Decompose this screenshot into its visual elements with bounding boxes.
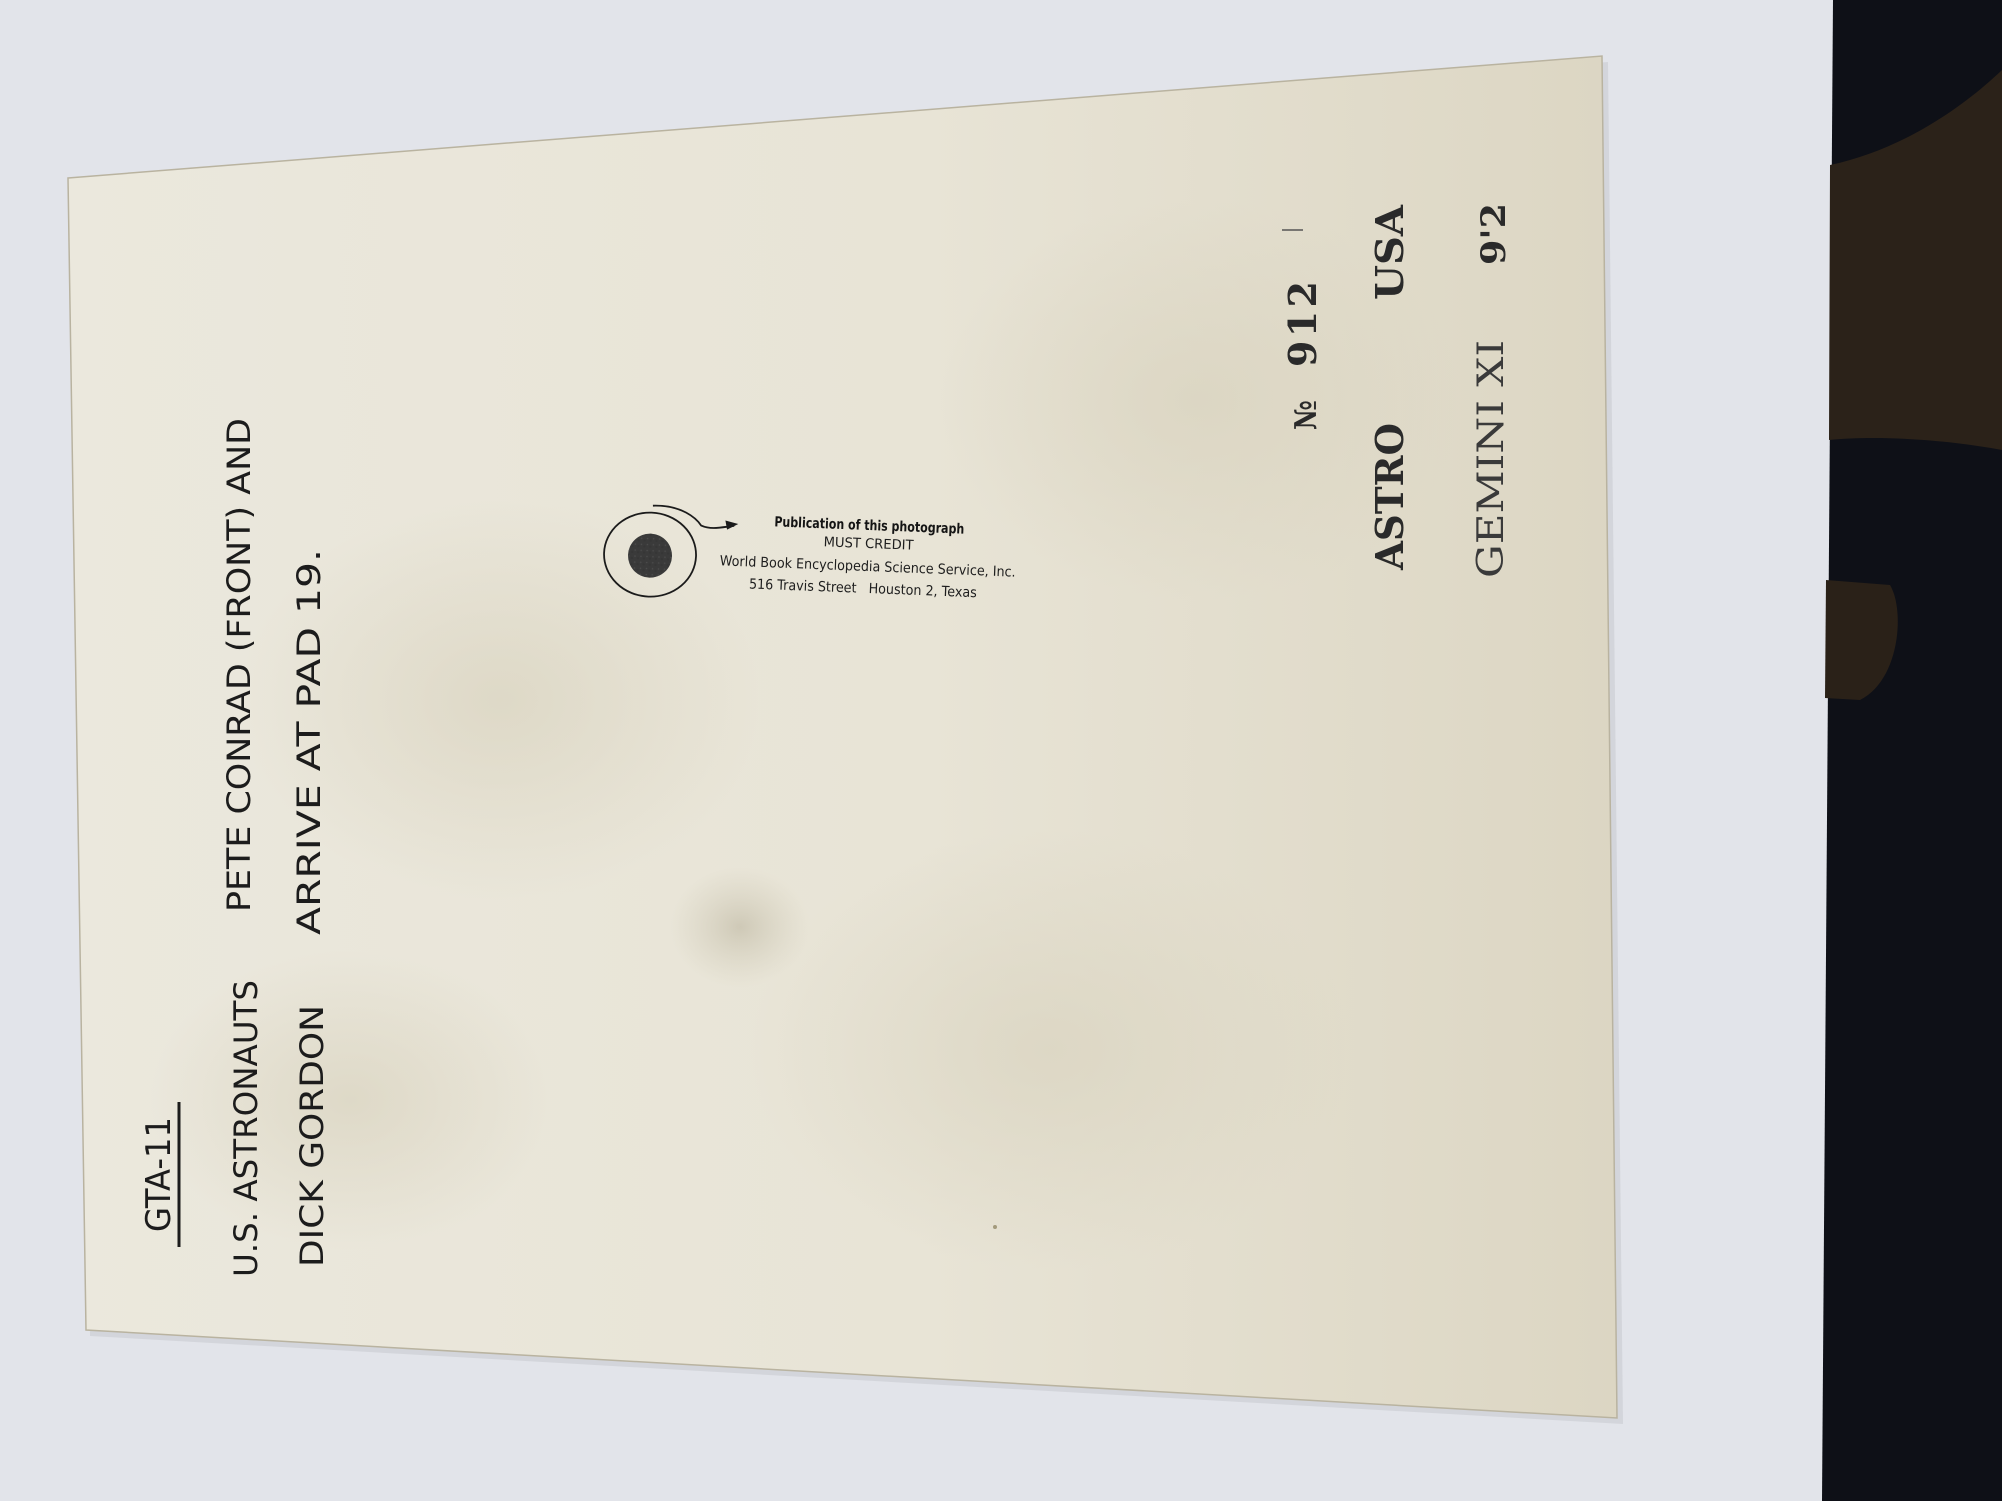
caption-line1-end: PETE CONRAD (FRONT) AND — [220, 418, 258, 912]
caption-line2-end: ARRIVE AT PAD 19. — [290, 549, 328, 935]
paper-speck — [993, 1225, 997, 1229]
archive-mission: GEMINI XI — [1471, 340, 1512, 578]
photo-scene: GTA-11 U.S. ASTRONAUTS PETE CONRAD (FRON… — [0, 0, 2002, 1501]
caption-reference: GTA-11 — [139, 1117, 179, 1232]
caption-line1-start: U.S. ASTRONAUTS — [227, 980, 265, 1277]
archive-country: USA — [1367, 204, 1412, 300]
archive-code: 9'2 — [1474, 203, 1514, 265]
archive-number: 912 — [1280, 267, 1325, 367]
caption-line2-start: DICK GORDON — [293, 1005, 331, 1267]
archive-number-label: № — [1289, 400, 1324, 430]
archive-category: ASTRO — [1367, 423, 1412, 571]
